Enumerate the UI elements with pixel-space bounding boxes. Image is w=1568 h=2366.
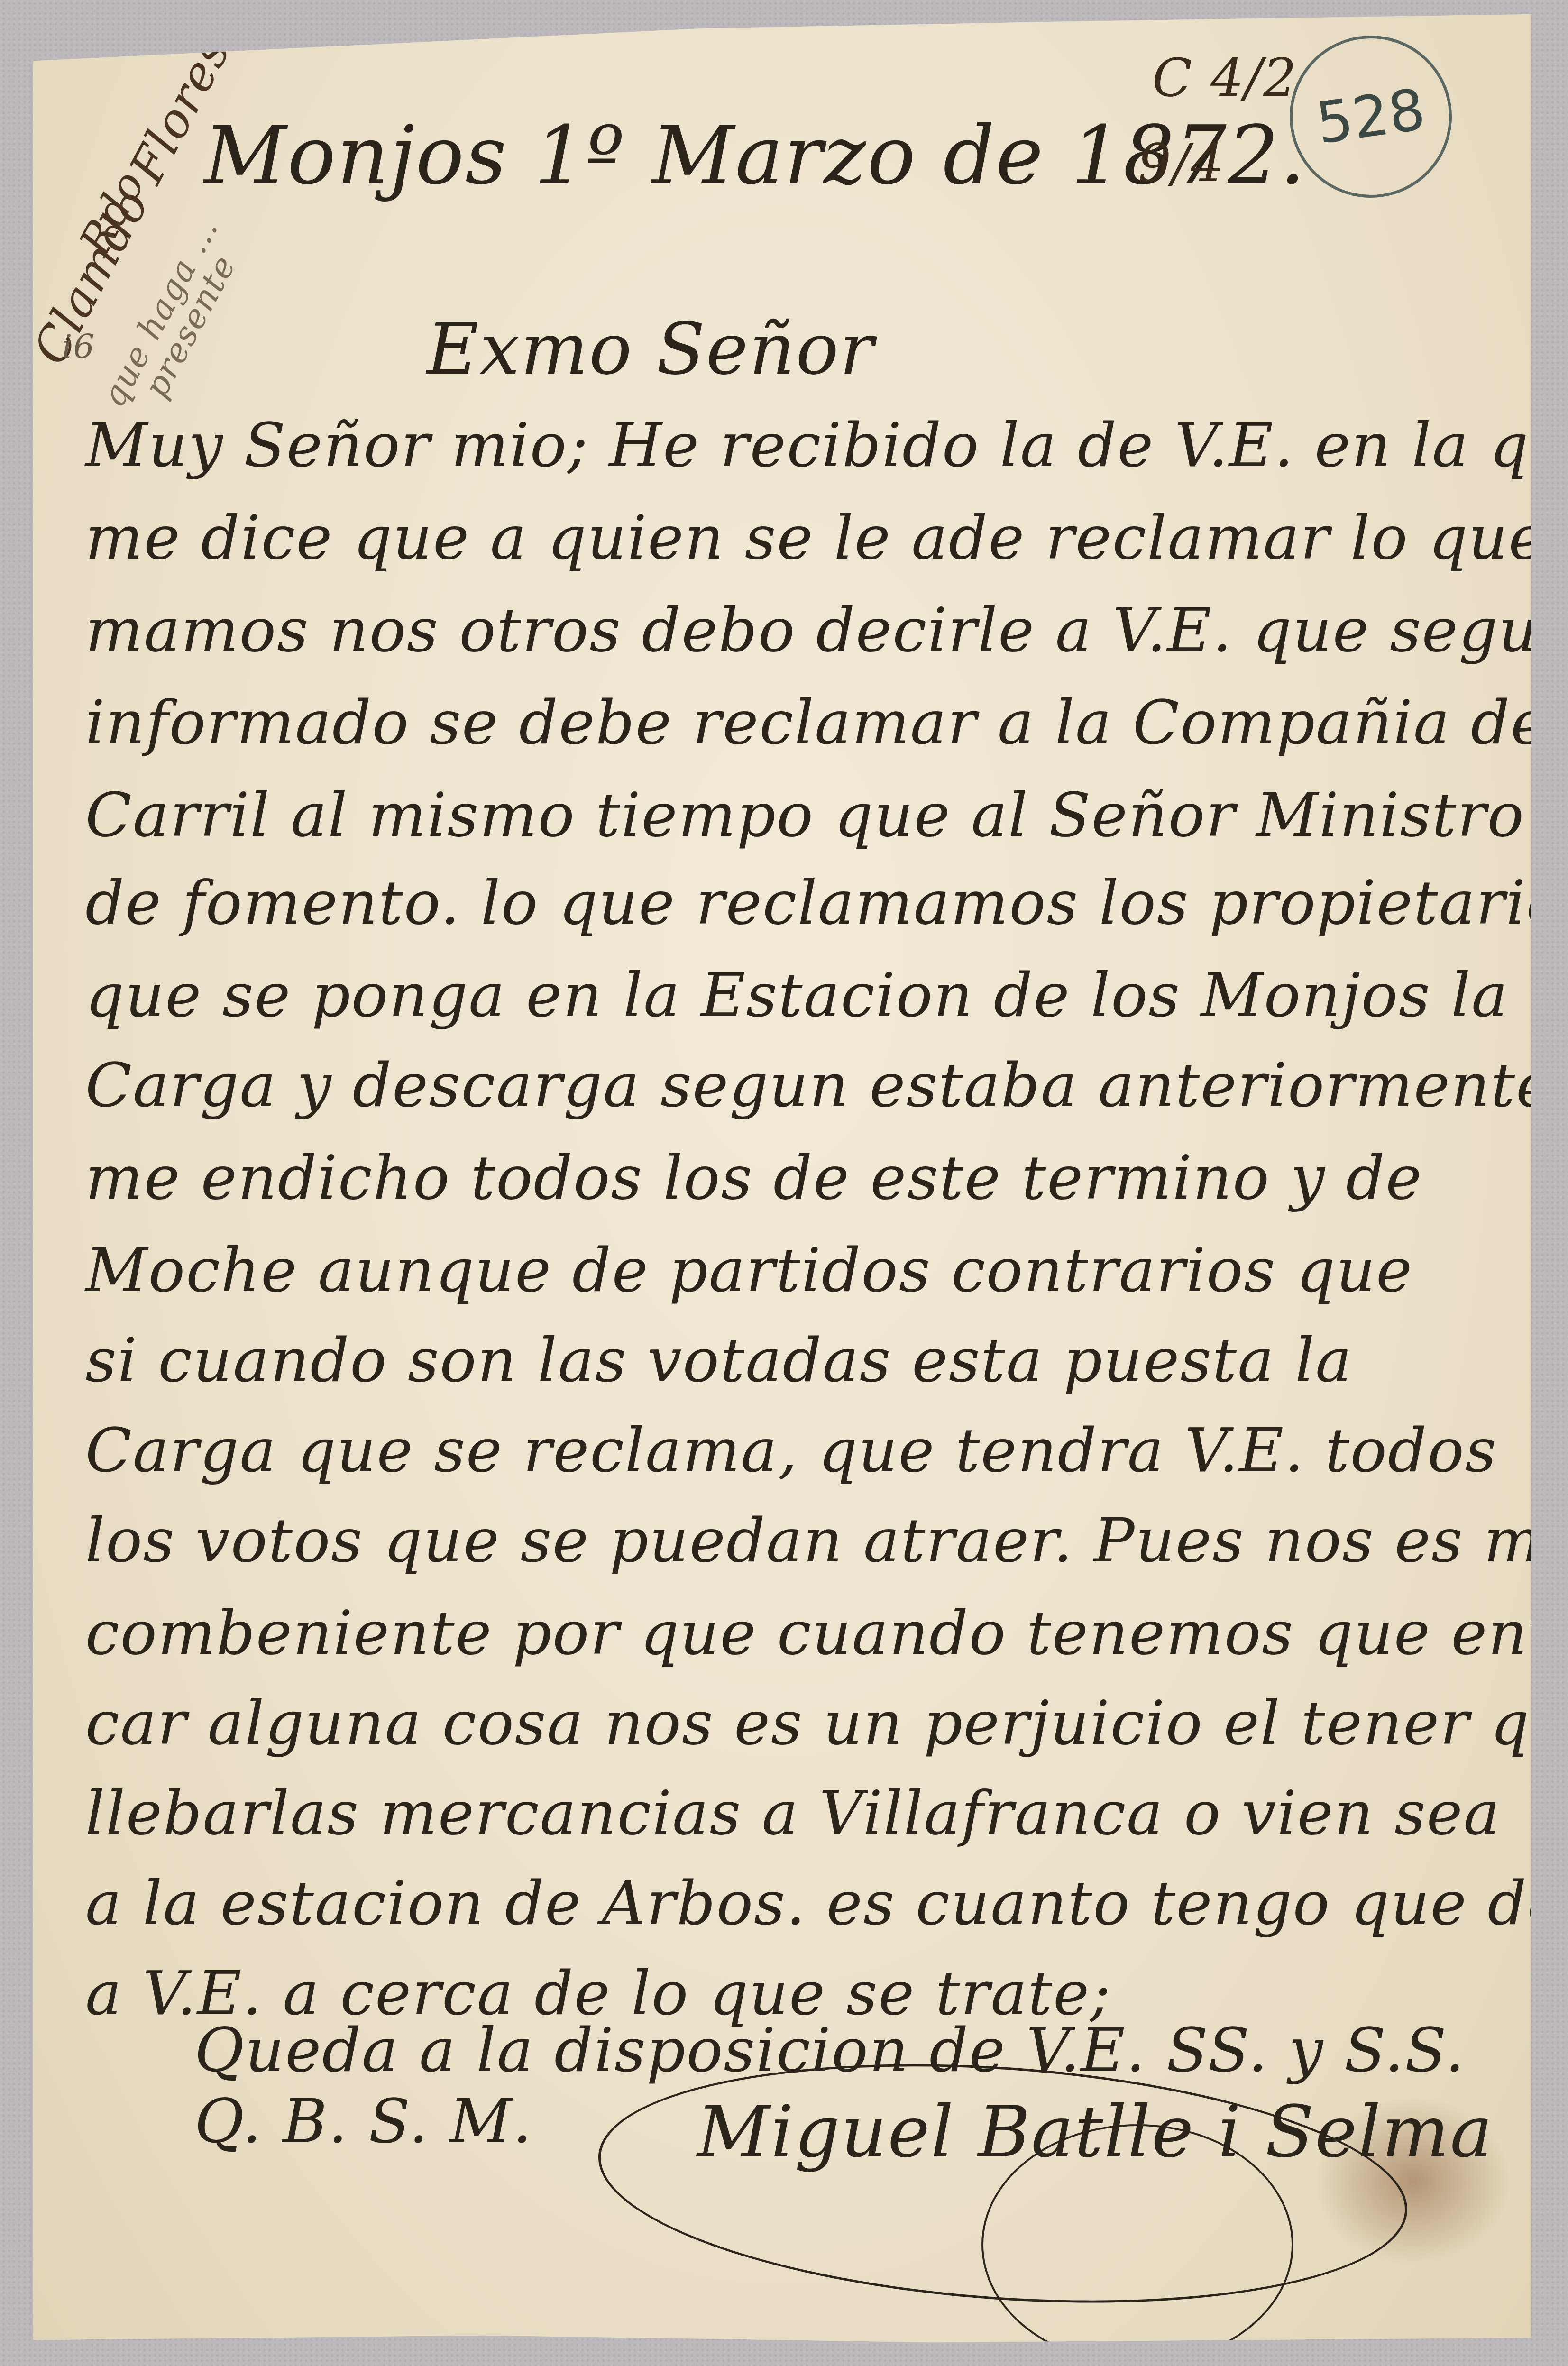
reference-mark-middle: 9/4 <box>1138 133 1225 193</box>
body-line: Carga y descarga segun estaba anteriorme… <box>85 1050 1553 1121</box>
body-line: si cuando son las votadas esta puesta la <box>85 1325 1353 1396</box>
reference-mark-top: C 4/2 <box>1152 47 1297 108</box>
archive-number-circle: 528 <box>1279 25 1462 208</box>
body-line: combeniente por que cuando tenemos que e… <box>85 1598 1568 1669</box>
salutation: Exmo Señor <box>427 308 874 391</box>
body-line: de fomento. lo que reclamamos los propie… <box>85 868 1568 938</box>
body-line: los votos que se puedan atraer. Pues nos… <box>85 1505 1568 1576</box>
body-line: que se ponga en la Estacion de los Monjo… <box>85 960 1509 1031</box>
body-line: llebarlas mercancias a Villafranca o vie… <box>85 1778 1501 1849</box>
body-line: mamos nos otros debo decirle a V.E. que … <box>85 595 1568 666</box>
body-line: me dice que a quien se le ade reclamar l… <box>85 503 1568 573</box>
body-line: Muy Señor mio; He recibido la de V.E. en… <box>85 410 1568 481</box>
body-line: Carga que se reclama, que tendra V.E. to… <box>85 1415 1497 1486</box>
closing-abbreviation: Q. B. S. M. <box>194 2086 533 2157</box>
body-line: car alguna cosa nos es un perjuicio el t… <box>85 1688 1568 1759</box>
body-line: a la estacion de Arbos. es cuanto tengo … <box>85 1868 1568 1939</box>
letter-page: Rdo Clamdo Flores que haga ... presente … <box>33 14 1531 2347</box>
body-line: me endicho todos los de este termino y d… <box>85 1143 1422 1213</box>
margin-note-i6: i6 <box>62 327 95 366</box>
archive-number: 528 <box>1312 76 1429 157</box>
body-line: informado se debe reclamar a la Compañia… <box>85 688 1568 758</box>
body-line: Moche aunque de partidos contrarios que <box>85 1235 1413 1306</box>
signature: Miguel Batlle i Selma <box>697 2091 1494 2173</box>
body-line: Carril al mismo tiempo que al Señor Mini… <box>85 780 1525 851</box>
